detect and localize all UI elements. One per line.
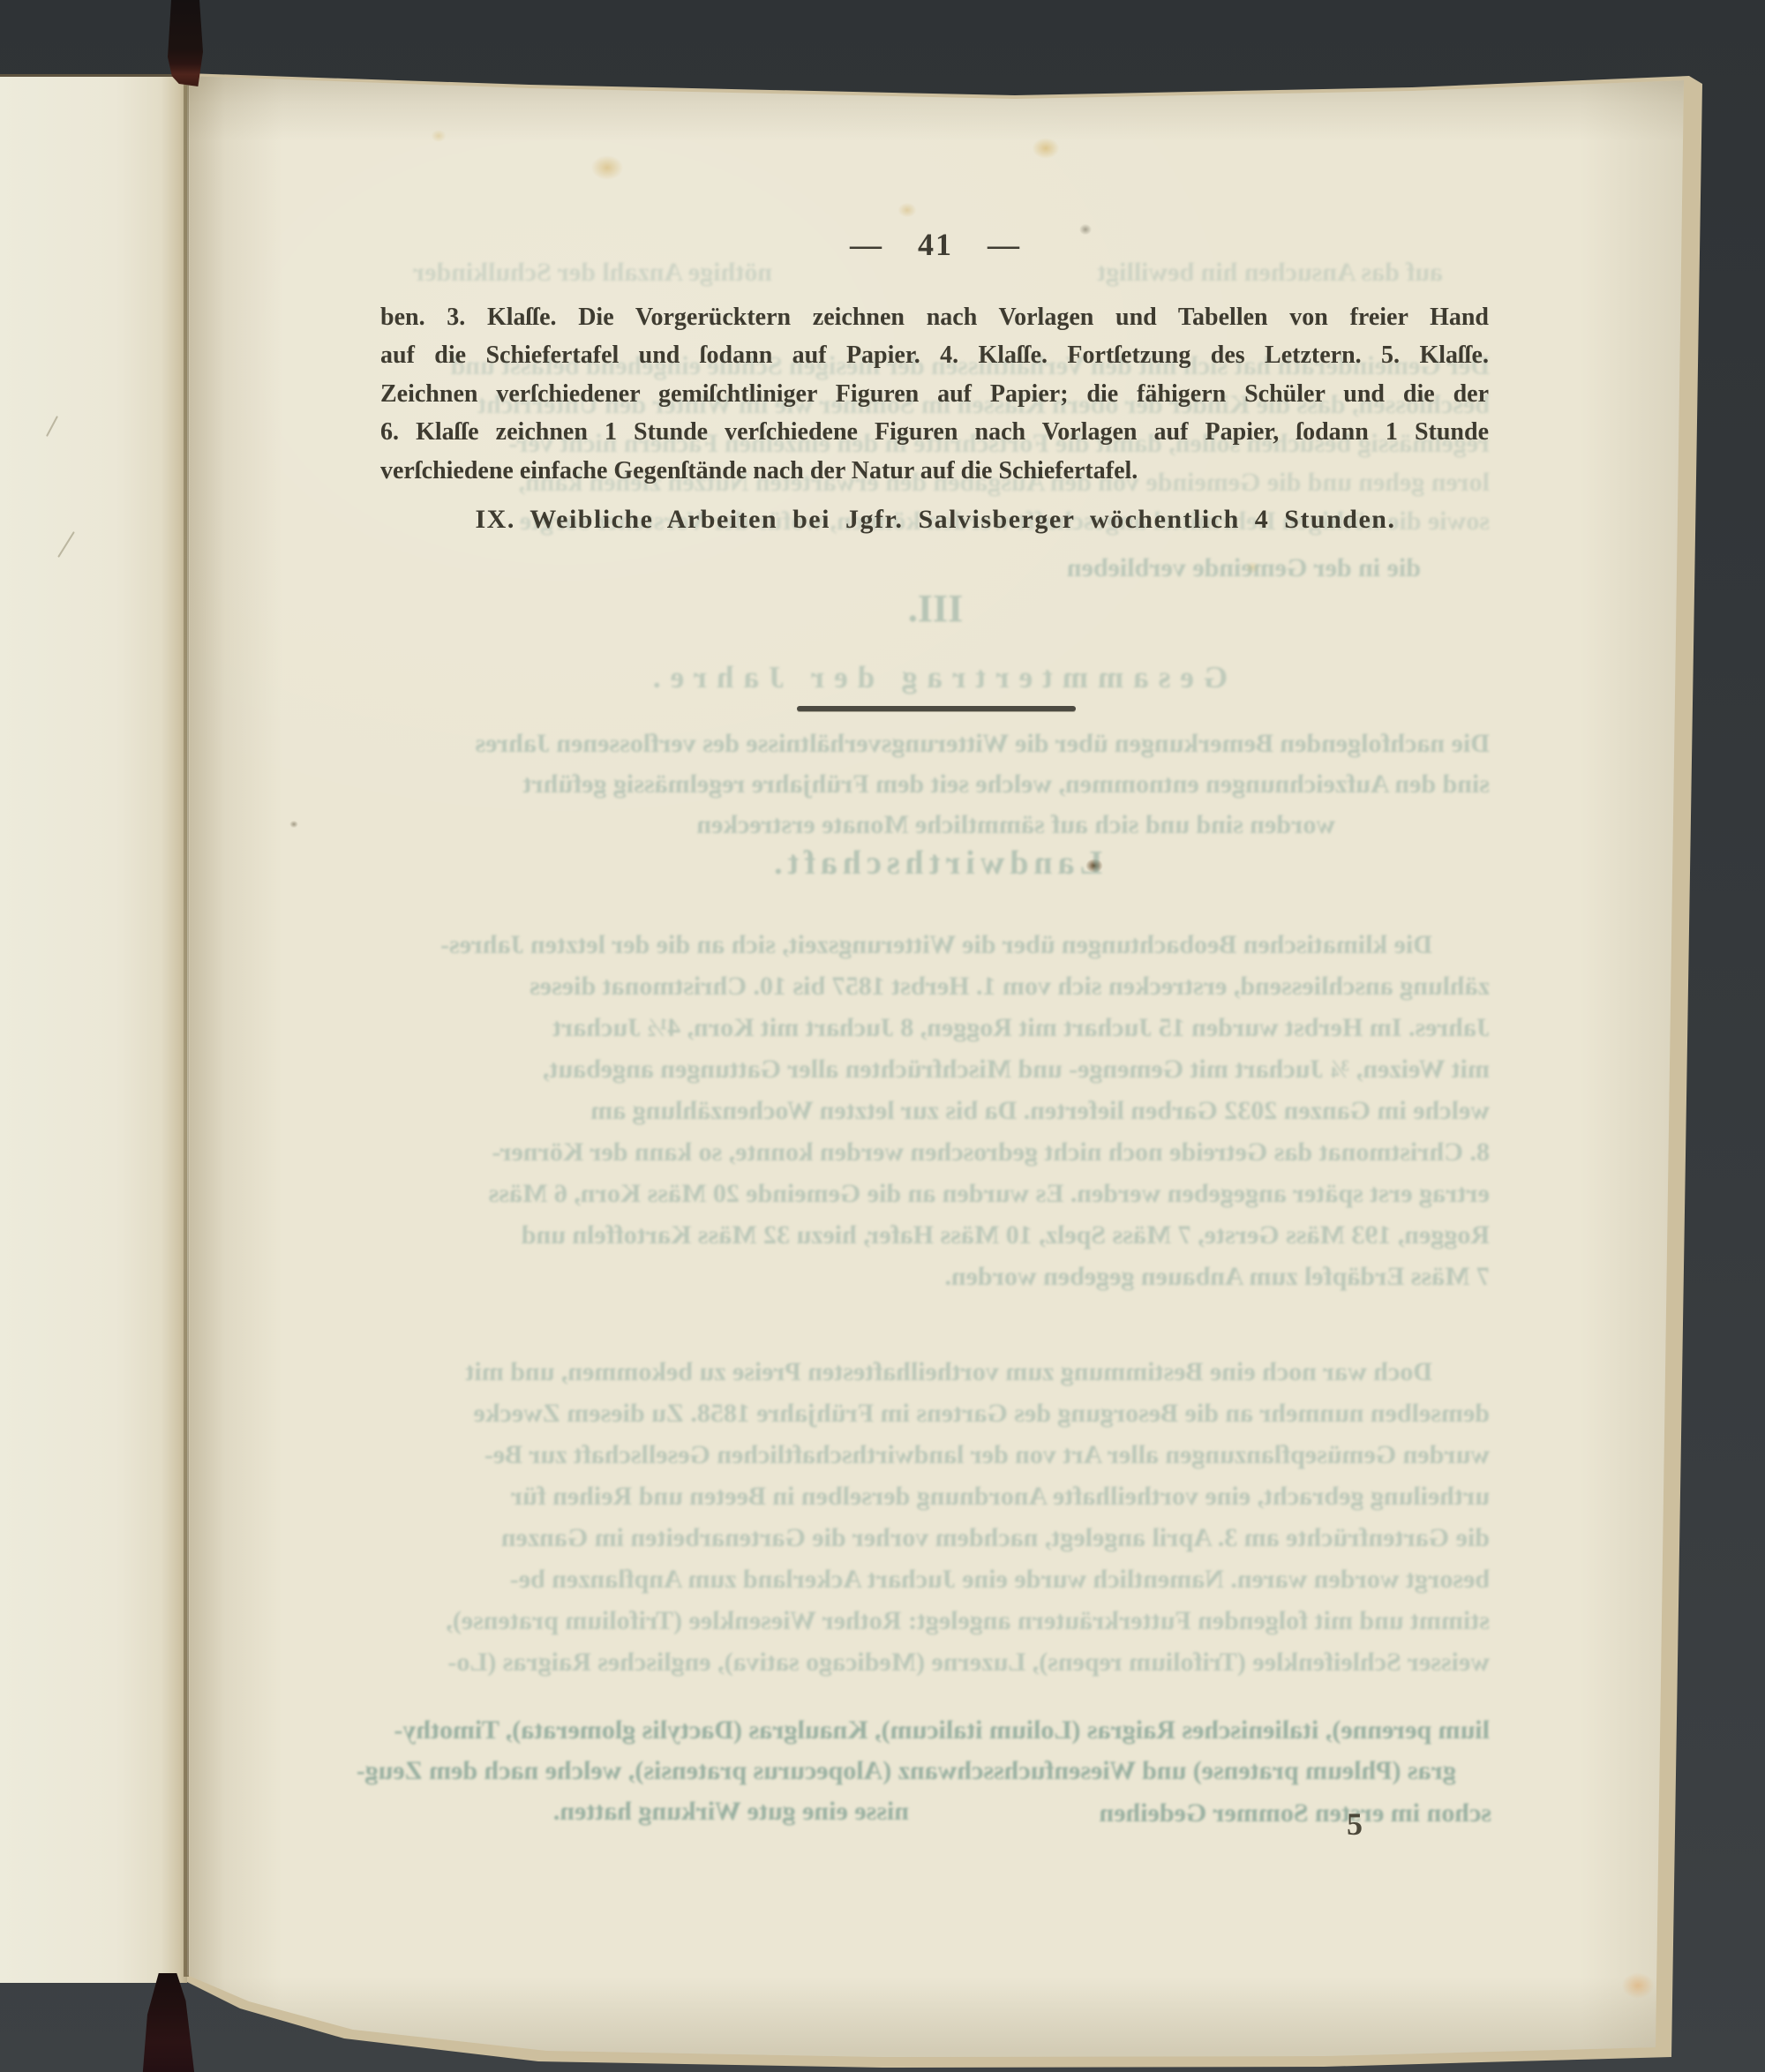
ghost-line: urtheilung gebracht, eine vortheilhafte … — [382, 1482, 1490, 1519]
ghost-line: Doch war noch eine Bestimmung zum vorthe… — [382, 1357, 1432, 1394]
ghost-line: die in der Gemeinde verblieben — [891, 553, 1421, 590]
ghost-line: stimmt und mit folgenden Futterkräutern … — [382, 1606, 1490, 1643]
ghost-section-heading: Gesammtertrag der Jahre. — [379, 660, 1491, 695]
ghost-line: mit Weizen, ¾ Juchart mit Gemenge- und M… — [382, 1055, 1490, 1092]
ghost-line: lium perenne), italienisches Raigras (Lo… — [369, 1715, 1490, 1753]
paragraph-line: ben. 3. Klaſſe. Die Vorgerücktern zeichn… — [380, 298, 1489, 336]
ghost-line: besorgt worden waren. Namentlich wurde e… — [382, 1565, 1490, 1602]
ghost-line: Jahres. Im Herbst wurden 15 Juchart mit … — [382, 1013, 1490, 1050]
section-heading-ix: IX. Weibliche Arbeiten bei Jgfr. Salvisb… — [379, 505, 1491, 535]
ghost-line: sind den Aufzeichnungen entnommen, welch… — [382, 769, 1490, 807]
ghost-line: Die nachfolgenden Bemerkungen über die W… — [382, 729, 1490, 766]
ghost-subheading: Landwirthschaft. — [379, 844, 1491, 882]
body-paragraph: ben. 3. Klaſſe. Die Vorgerücktern zeichn… — [380, 298, 1489, 490]
ghost-line: die Gartenfrüchte am 3. April angelegt, … — [382, 1523, 1490, 1560]
paragraph-line: Zeichnen verſchiedener gemiſchtliniger F… — [380, 375, 1489, 413]
book-scan: III. Gesammtertrag der Jahre. Landwirths… — [0, 0, 1765, 2072]
ghost-line: worden sind und sich auf sämmtliche Mona… — [382, 810, 1335, 847]
section-divider-rule — [797, 706, 1076, 711]
paragraph-line: auf die Schiefertafel und ſodann auf Pap… — [380, 336, 1489, 374]
paragraph-line: verſchiedene einfache Gegenſtände nach d… — [380, 452, 1489, 490]
ghost-line: schon im ersten Sommer Gedeihen — [1006, 1798, 1491, 1836]
page-number: — 41 — — [379, 226, 1491, 263]
ghost-line: 7 Mäss Erdäpfel zum Anbauen gegeben word… — [784, 1262, 1490, 1299]
ghost-line: weisser Schleifenklee (Trifolium repens)… — [382, 1648, 1490, 1685]
ghost-line: 8. Christmonat das Getreide noch nicht g… — [382, 1137, 1490, 1175]
ghost-line: wurden Gemüsepflanzungen aller Art von d… — [382, 1440, 1490, 1477]
ghost-line: welche im Ganzen 2032 Garben lieferten. … — [382, 1096, 1490, 1133]
ghost-line: nisse eine gute Wirkung hatten. — [406, 1797, 909, 1834]
ghost-line: ertrag erst später angegeben werden. Es … — [382, 1179, 1490, 1216]
ghost-line: demselben nunmehr an die Besorgung des G… — [382, 1399, 1490, 1436]
ghost-line: Die klimatischen Beobachtungen über die … — [382, 930, 1432, 967]
ghost-section-numeral: III. — [379, 586, 1491, 631]
ghost-line: auf das Ansuchen hin bewilligt — [1046, 258, 1443, 295]
bookmark-ribbon-top — [168, 0, 203, 86]
paragraph-line: 6. Klaſſe zeichnen 1 Stunde verſchiedene… — [380, 413, 1489, 451]
ghost-line: zählung anschliessend, erstrecken sich v… — [382, 972, 1490, 1009]
ghost-line: nöthige Anzahl der Schulkinder — [402, 258, 772, 295]
ghost-line: gras (Phleum pratense) und Wiesenfuchssc… — [357, 1756, 1456, 1793]
signature-mark: 5 — [1326, 1805, 1384, 1843]
ghost-line: Roggen, 193 Mäss Gerste, 7 Mäss Spelz, 1… — [382, 1220, 1490, 1257]
